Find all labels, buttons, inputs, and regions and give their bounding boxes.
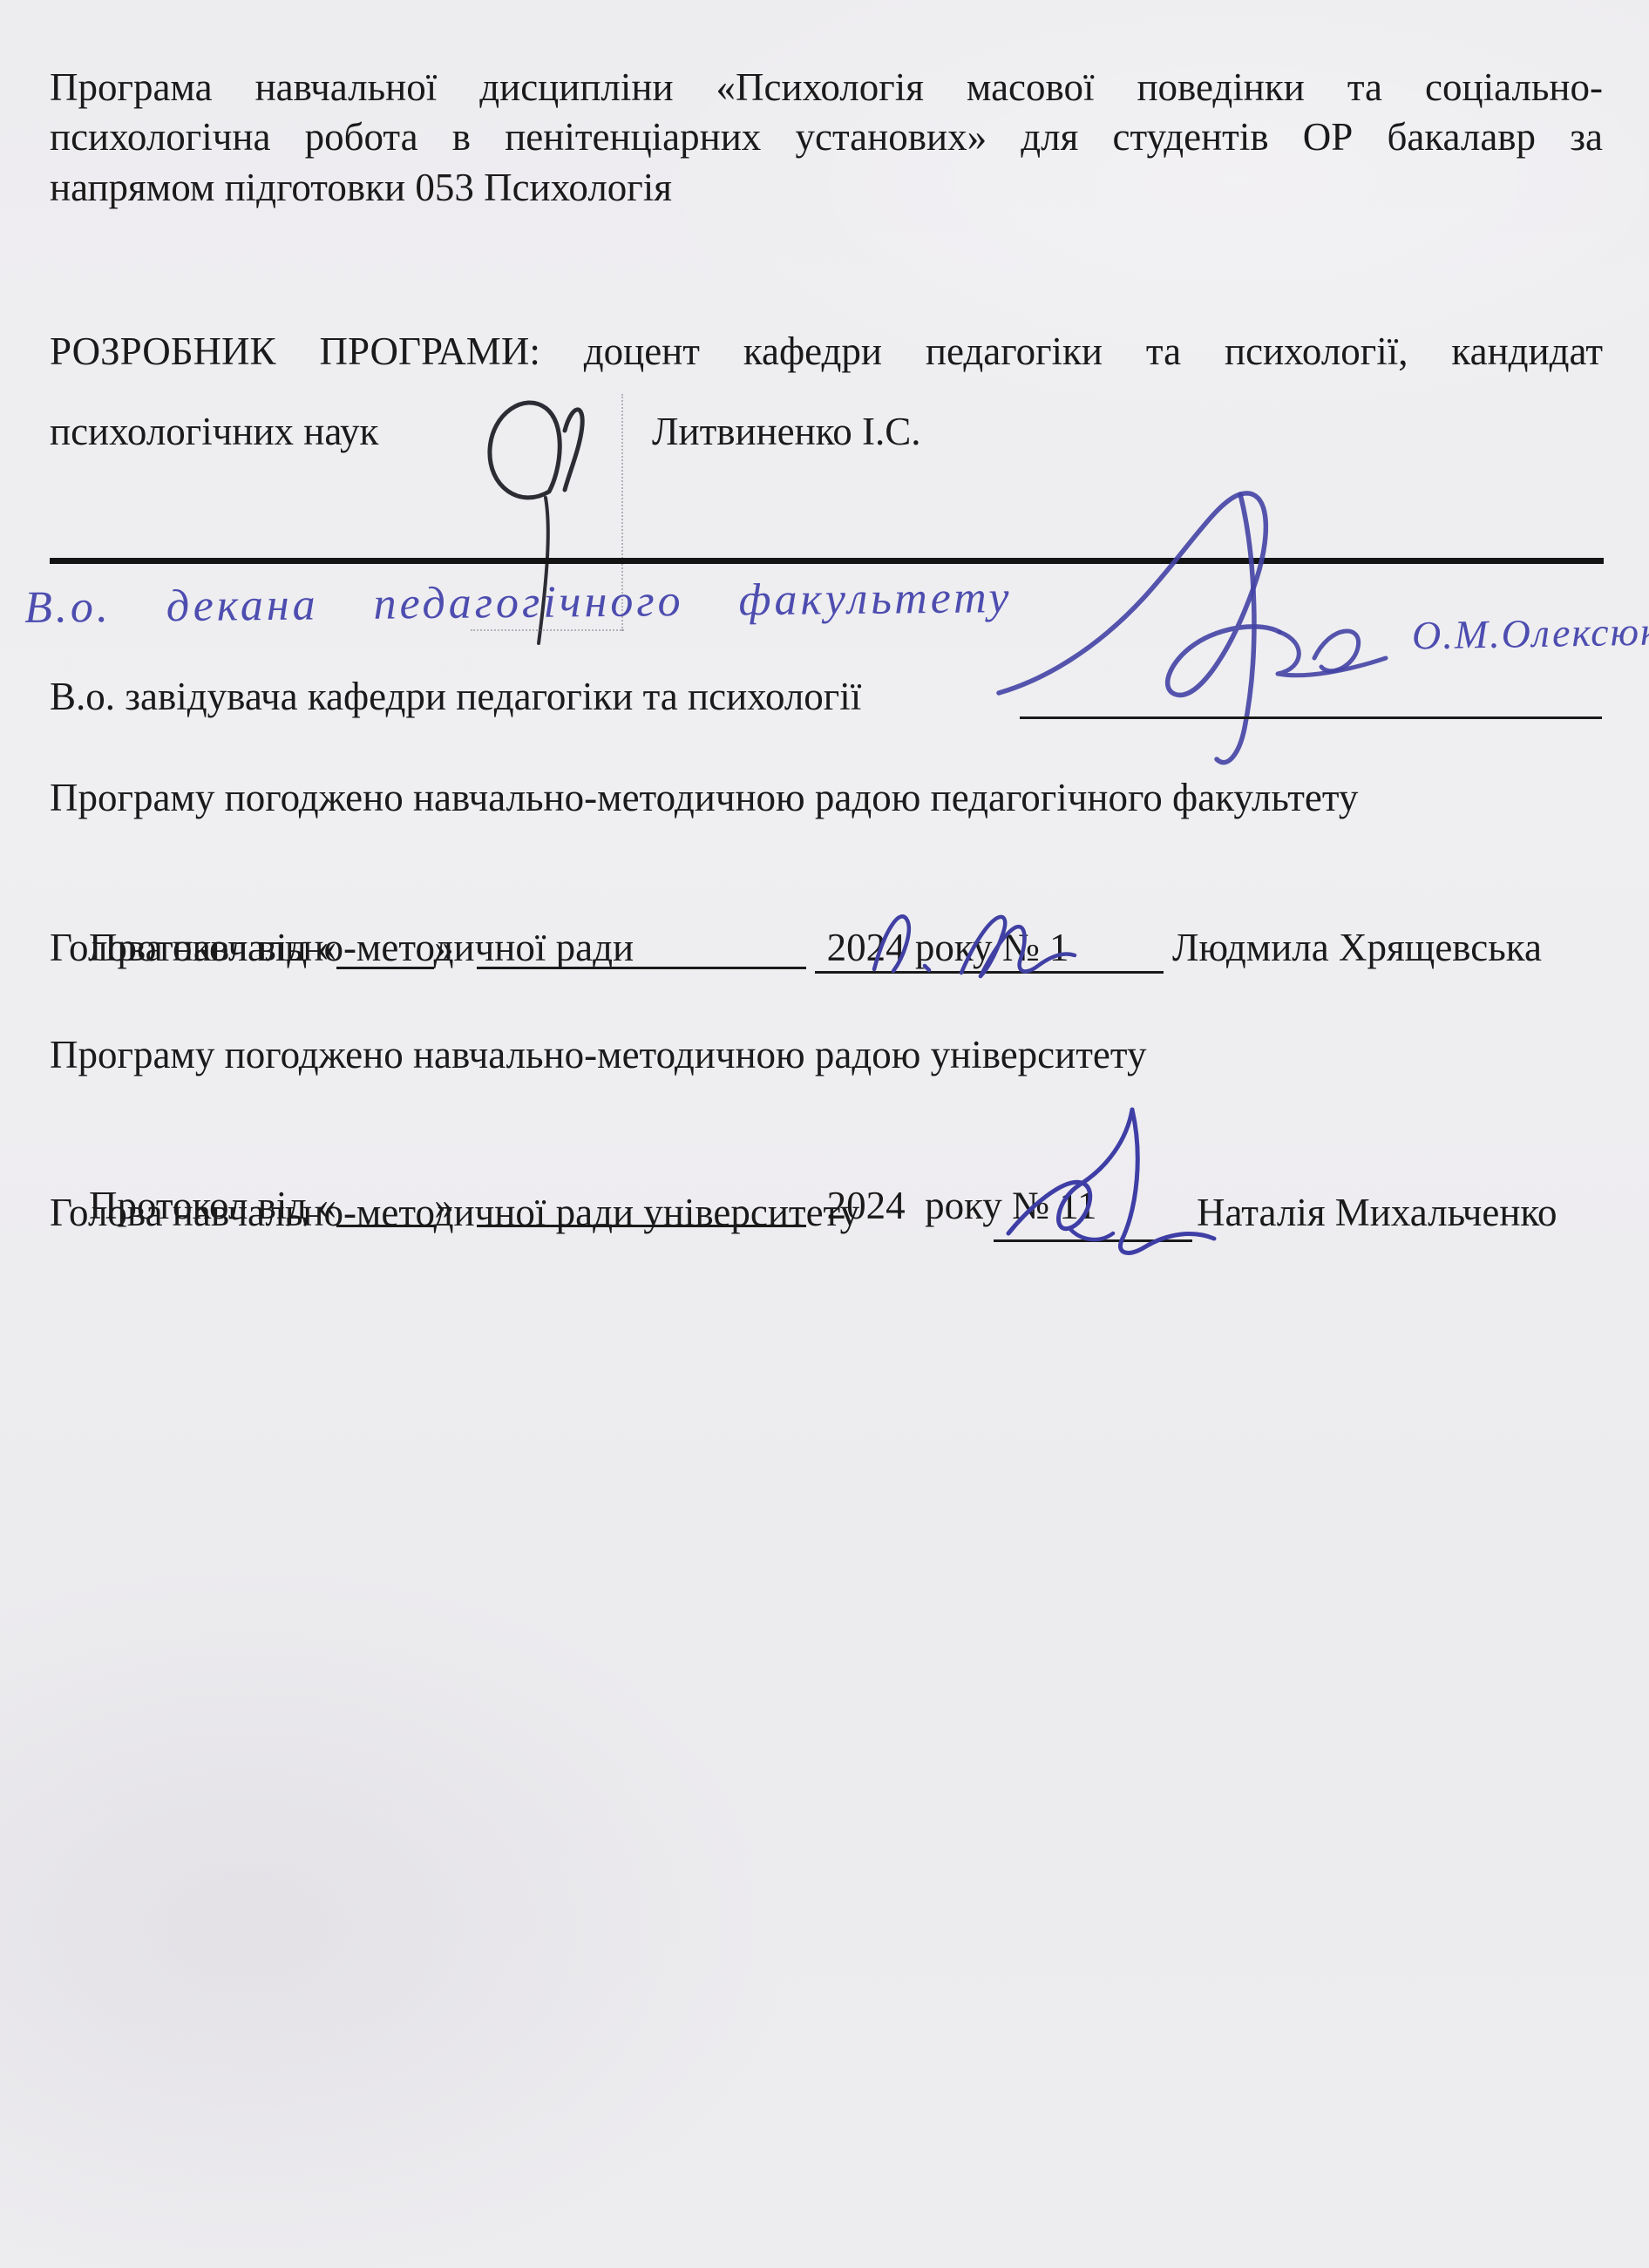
- dean-name-handwritten: О.М.Олексюк: [1412, 608, 1649, 659]
- faculty-approval-heading: Програму погоджено навчально-методичною …: [50, 772, 1358, 823]
- course-program-intro-line-2: психологічна робота в пенітенціарних уст…: [50, 112, 1603, 162]
- faculty-chair-name: Людмила Хрящевська: [1172, 922, 1542, 973]
- university-chair-signature-icon: [989, 1094, 1225, 1266]
- scanned-document-page: Програма навчальної дисципліни «Психолог…: [0, 0, 1649, 2268]
- faculty-chair-label: Голова навчально-методичної ради: [50, 922, 634, 973]
- developer-degree-label: психологічних наук: [50, 406, 378, 457]
- faculty-chair-signature-icon: [850, 882, 1111, 985]
- university-chair-label: Голова навчально-методичної ради універс…: [50, 1187, 859, 1238]
- program-developer-line: РОЗРОБНИК ПРОГРАМИ: доцент кафедри педаг…: [50, 326, 1603, 377]
- course-program-intro-line-3: напрямом підготовки 053 Психологія: [50, 162, 672, 213]
- department-head-signature-blank: [1020, 697, 1602, 719]
- course-program-intro-line-1: Програма навчальної дисципліни «Психолог…: [50, 62, 1603, 112]
- developer-name: Литвиненко І.С.: [652, 406, 921, 457]
- dean-signature-icon: [983, 475, 1401, 771]
- university-chair-name: Наталія Михальченко: [1197, 1187, 1557, 1238]
- dean-approval-handwritten: В.о. декана педагогічного факультету: [24, 572, 1013, 634]
- stamp-box-dotted-bottom: [471, 629, 624, 631]
- department-head-label: В.о. завідувача кафедри педагогіки та пс…: [50, 671, 861, 722]
- university-approval-heading: Програму погоджено навчально-методичною …: [50, 1029, 1146, 1080]
